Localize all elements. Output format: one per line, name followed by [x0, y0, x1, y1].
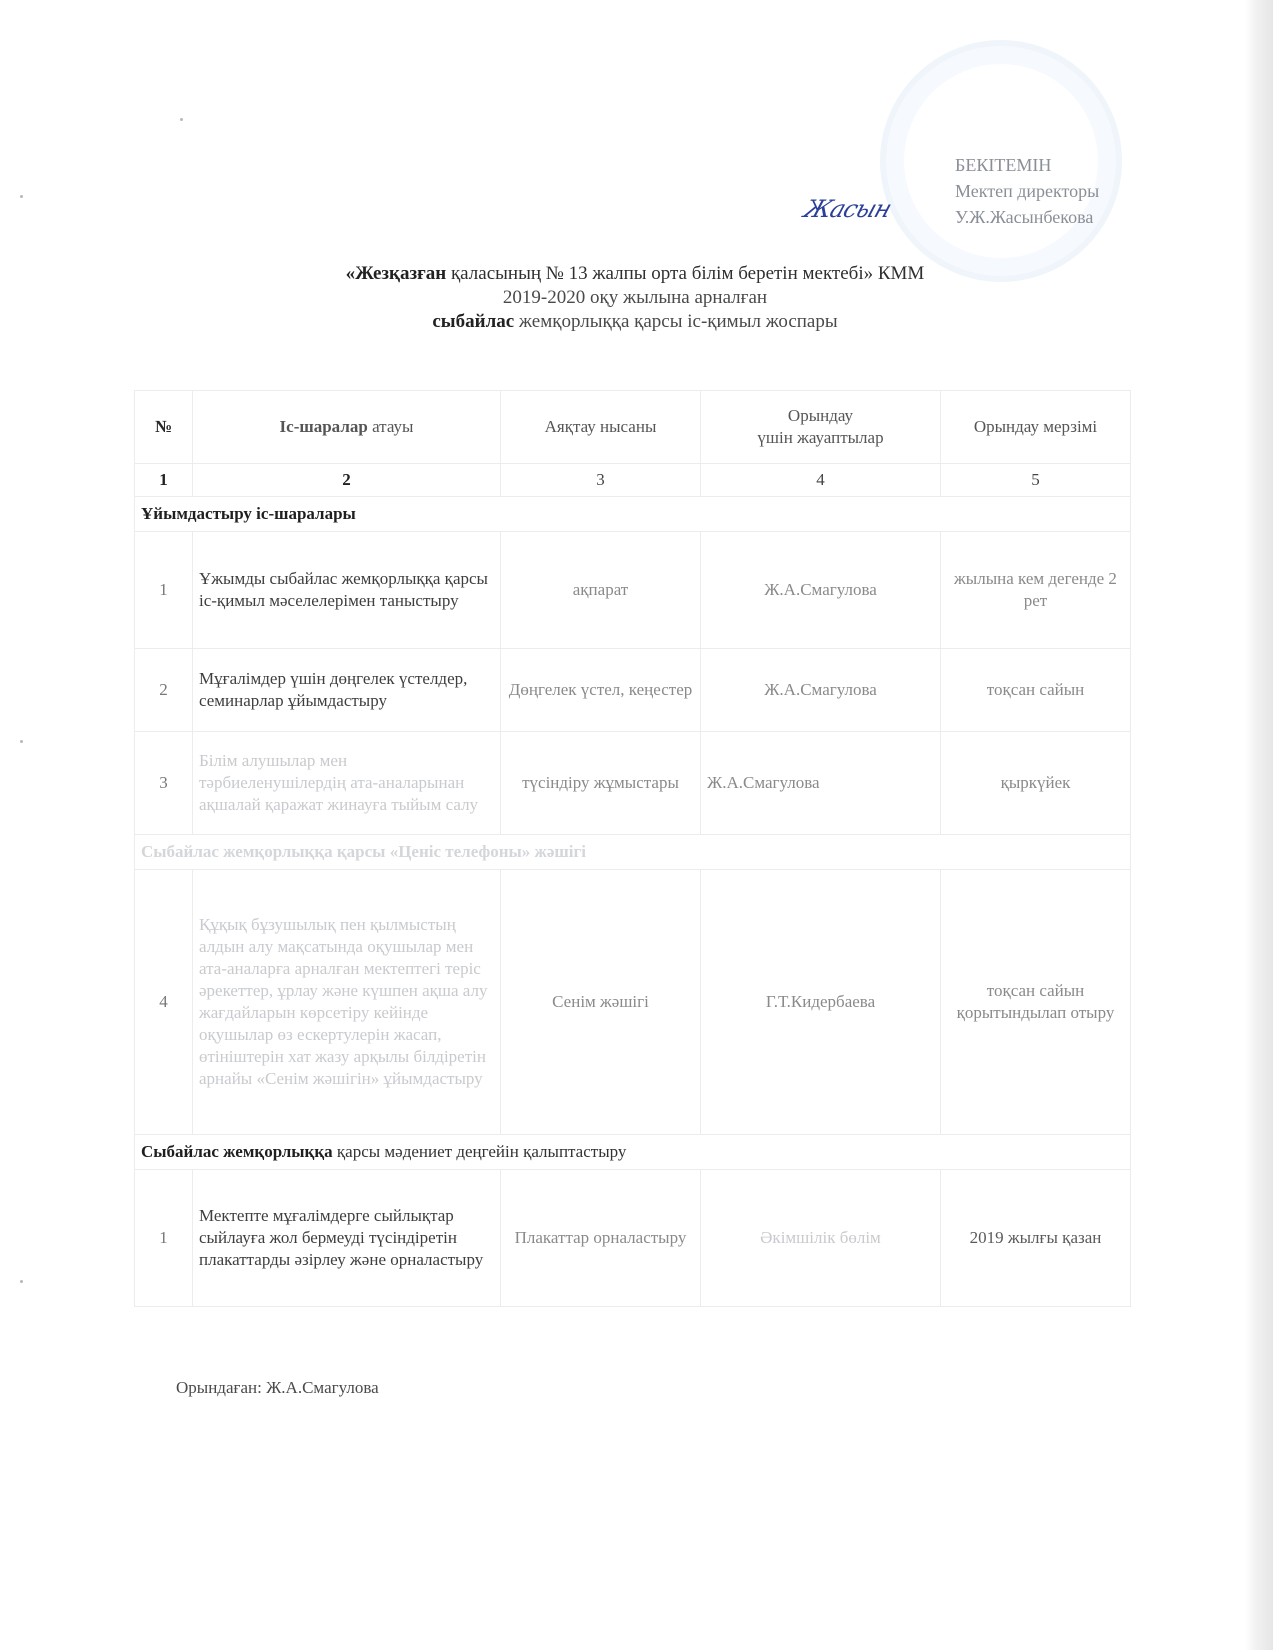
header-no: №	[135, 391, 193, 464]
scan-speck	[20, 740, 23, 743]
section-title: Ұйымдастыру іс-шаралары	[141, 504, 356, 523]
row-responsible: Ж.А.Смагулова	[701, 649, 941, 732]
column-number-row: 1 2 3 4 5	[135, 464, 1131, 497]
approval-block: БЕКІТЕМІН Мектеп директоры У.Ж.Жасынбеко…	[955, 152, 1099, 230]
scan-page-edge	[1245, 0, 1273, 1650]
signed-by: Орындаған: Ж.А.Смагулова	[176, 1378, 379, 1398]
table-row: 3 Білім алушылар мен тәрбиеленушілердің …	[135, 732, 1131, 835]
section-title-bold: Сыбайлас жемқорлыққа	[141, 1142, 333, 1161]
row-responsible: Г.Т.Кидербаева	[701, 870, 941, 1135]
director-signature: Жасын	[800, 195, 894, 223]
section-header: Ұйымдастыру іс-шаралары	[135, 497, 1131, 532]
row-responsible: Әкімшілік бөлім	[701, 1170, 941, 1307]
table-header-row: № Іс-шаралар атауы Аяқтау нысаны Орындау…	[135, 391, 1131, 464]
column-number: 2	[193, 464, 501, 497]
row-form: Дөңгелек үстел, кеңестер	[501, 649, 701, 732]
header-name: Іс-шаралар атауы	[193, 391, 501, 464]
title-line-1-bold: «Жезқазған	[346, 263, 447, 284]
column-number: 1	[135, 464, 193, 497]
header-name-rest: атауы	[368, 417, 414, 436]
row-term: тоқсан сайын қорытындылап отыру	[941, 870, 1131, 1135]
table-row: 2 Мұғалімдер үшін дөңгелек үстелдер, сем…	[135, 649, 1131, 732]
title-line-1: «Жезқазған қаласының № 13 жалпы орта біл…	[120, 262, 1150, 286]
header-form: Аяқтау нысаны	[501, 391, 701, 464]
row-no: 4	[135, 870, 193, 1135]
table-row: 1 Ұжымды сыбайлас жемқорлыққа қарсы іс-қ…	[135, 532, 1131, 649]
approval-name: У.Ж.Жасынбекова	[955, 204, 1099, 230]
section-title: Сыбайлас жемқорлыққа қарсы мәдениет деңг…	[135, 1135, 1131, 1170]
row-name: Білім алушылар мен тәрбиеленушілердің ат…	[193, 732, 501, 835]
header-responsible-line1: Орындау	[707, 405, 934, 427]
title-line-3: сыбайлас жемқорлыққа қарсы іс-қимыл жосп…	[120, 310, 1150, 334]
row-no: 2	[135, 649, 193, 732]
table-row: 1 Мектепте мұғалімдерге сыйлықтар сыйлау…	[135, 1170, 1131, 1307]
approval-label: БЕКІТЕМІН	[955, 152, 1099, 178]
section-header: Сыбайлас жемқорлыққа қарсы «Ценіс телефо…	[135, 835, 1131, 870]
row-no: 1	[135, 1170, 193, 1307]
section-title: Сыбайлас жемқорлыққа қарсы «Ценіс телефо…	[135, 835, 1131, 870]
action-plan-table: № Іс-шаралар атауы Аяқтау нысаны Орындау…	[134, 390, 1131, 1307]
title-line-3-bold: сыбайлас	[432, 311, 514, 332]
row-form: ақпарат	[501, 532, 701, 649]
row-term: қыркүйек	[941, 732, 1131, 835]
approval-position: Мектеп директоры	[955, 178, 1099, 204]
column-number: 3	[501, 464, 701, 497]
row-term: 2019 жылғы қазан	[941, 1170, 1131, 1307]
row-name: Ұжымды сыбайлас жемқорлыққа қарсы іс-қим…	[193, 532, 501, 649]
row-name: Мектепте мұғалімдерге сыйлықтар сыйлауға…	[193, 1170, 501, 1307]
header-term: Орындау мерзімі	[941, 391, 1131, 464]
title-line-1-rest: қаласының № 13 жалпы орта білім беретін …	[446, 263, 924, 284]
header-name-bold: Іс-шаралар	[280, 417, 368, 436]
row-name: Мұғалімдер үшін дөңгелек үстелдер, семин…	[193, 649, 501, 732]
row-responsible: Ж.А.Смагулова	[701, 732, 941, 835]
section-header: Сыбайлас жемқорлыққа қарсы мәдениет деңг…	[135, 1135, 1131, 1170]
row-term: тоқсан сайын	[941, 649, 1131, 732]
row-form: Плакаттар орналастыру	[501, 1170, 701, 1307]
title-line-3-rest: жемқорлыққа қарсы іс-қимыл жоспары	[514, 311, 837, 332]
row-responsible: Ж.А.Смагулова	[701, 532, 941, 649]
row-form: түсіндіру жұмыстары	[501, 732, 701, 835]
row-no: 3	[135, 732, 193, 835]
scan-speck	[20, 195, 23, 198]
scan-speck	[20, 1280, 23, 1283]
header-responsible: Орындауүшін жауаптылар	[701, 391, 941, 464]
row-term: жылына кем дегенде 2 рет	[941, 532, 1131, 649]
title-line-2: 2019-2020 оқу жылына арналған	[120, 286, 1150, 310]
header-responsible-line2: үшін жауаптылар	[707, 427, 934, 449]
document-title: «Жезқазған қаласының № 13 жалпы орта біл…	[120, 262, 1150, 334]
table-row: 4 Құқық бұзушылық пен қылмыстың алдын ал…	[135, 870, 1131, 1135]
row-name: Құқық бұзушылық пен қылмыстың алдын алу …	[193, 870, 501, 1135]
section-title-rest: қарсы мәдениет деңгейін қалыптастыру	[333, 1142, 627, 1161]
row-form: Сенім жәшігі	[501, 870, 701, 1135]
column-number: 4	[701, 464, 941, 497]
column-number: 5	[941, 464, 1131, 497]
scan-speck	[180, 118, 183, 121]
row-no: 1	[135, 532, 193, 649]
